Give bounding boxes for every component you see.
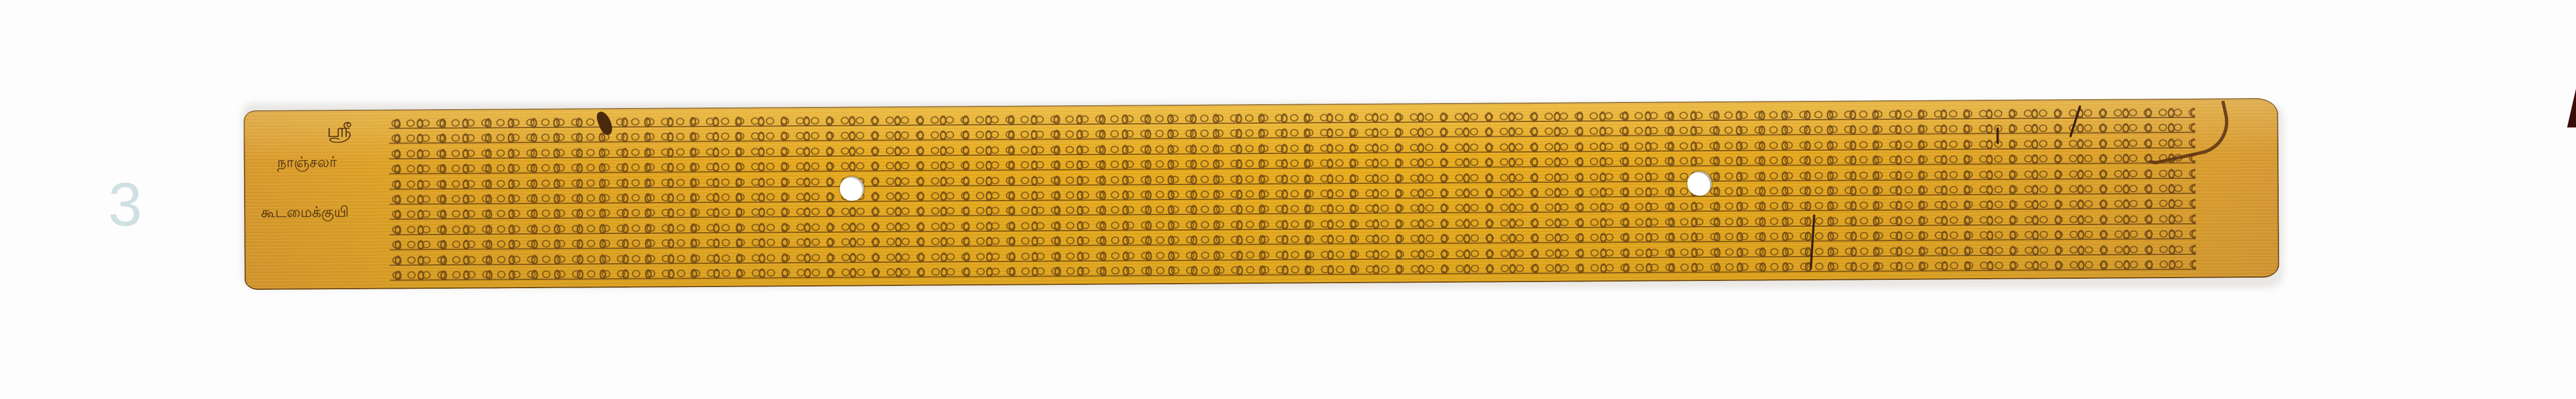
- crack-small: [1996, 127, 1999, 144]
- margin-note-invocation: ஶ்ரீ: [327, 120, 352, 144]
- palm-leaf-manuscript: ஶ்ரீ நாஞ்சலர் கூடமைக்குயி: [244, 98, 2279, 290]
- edge-object-fragment: [2567, 89, 2576, 127]
- binding-hole-right: [1687, 171, 1712, 196]
- manuscript-text-block: [389, 106, 2196, 282]
- margin-note-subtitle: கூடமைக்குயி: [261, 204, 349, 223]
- binding-hole-left: [840, 176, 864, 201]
- left-margin: ஶ்ரீ நாஞ்சலர் கூடமைக்குயி: [244, 110, 372, 290]
- margin-note-title: நாஞ்சலர்: [277, 154, 337, 173]
- shelf-mark-number: 3: [108, 175, 142, 236]
